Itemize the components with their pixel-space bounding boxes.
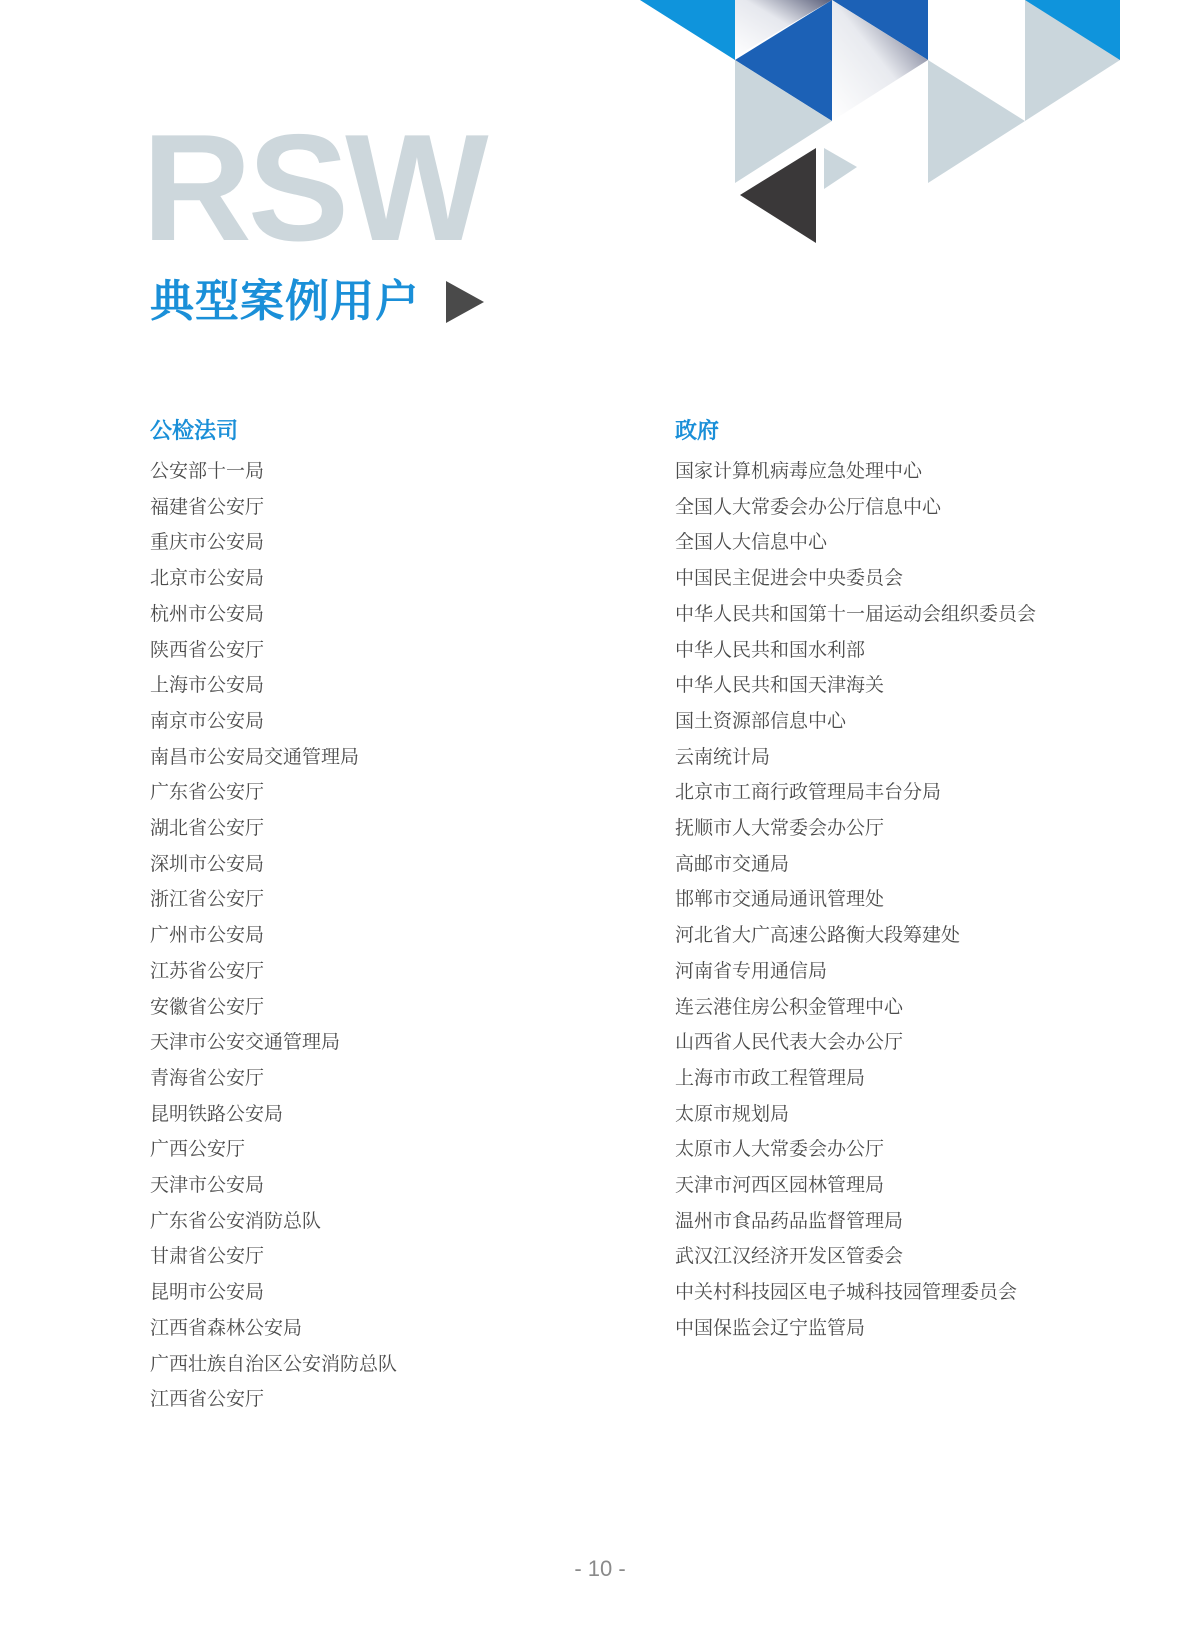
- list-item: 甘肃省公安厅: [150, 1239, 397, 1275]
- triangle-light-blue-left: [640, 0, 735, 60]
- triangle-small-gray: [824, 148, 857, 189]
- list-item: 连云港住房公积金管理中心: [675, 990, 1036, 1026]
- list-item: 天津市公安交通管理局: [150, 1025, 397, 1061]
- list-item: 天津市河西区园林管理局: [675, 1168, 1036, 1204]
- list-item: 北京市工商行政管理局丰台分局: [675, 775, 1036, 811]
- list-item: 江苏省公安厅: [150, 954, 397, 990]
- list-item: 杭州市公安局: [150, 597, 397, 633]
- list-item: 云南统计局: [675, 740, 1036, 776]
- watermark-logo: RSW: [142, 112, 485, 264]
- list-item: 南昌市公安局交通管理局: [150, 740, 397, 776]
- list-item: 中华人民共和国第十一届运动会组织委员会: [675, 597, 1036, 633]
- list-item: 昆明铁路公安局: [150, 1097, 397, 1133]
- list-item: 陕西省公安厅: [150, 633, 397, 669]
- list-item: 上海市公安局: [150, 668, 397, 704]
- list-item: 上海市市政工程管理局: [675, 1061, 1036, 1097]
- list-item: 广东省公安厅: [150, 775, 397, 811]
- play-arrow-icon: [446, 281, 484, 323]
- list-item: 抚顺市人大常委会办公厅: [675, 811, 1036, 847]
- list-item: 全国人大常委会办公厅信息中心: [675, 490, 1036, 526]
- list-item: 中国保监会辽宁监管局: [675, 1311, 1036, 1347]
- column-public-security: 公检法司 公安部十一局 福建省公安厅 重庆市公安局 北京市公安局 杭州市公安局 …: [150, 416, 397, 1418]
- list-item: 北京市公安局: [150, 561, 397, 597]
- list-item: 深圳市公安局: [150, 847, 397, 883]
- page-title-row: 典型案例用户: [150, 280, 484, 324]
- list-item: 江西省森林公安局: [150, 1311, 397, 1347]
- list-item: 广西公安厅: [150, 1132, 397, 1168]
- list-item: 中国民主促进会中央委员会: [675, 561, 1036, 597]
- list-item: 公安部十一局: [150, 454, 397, 490]
- list-item: 湖北省公安厅: [150, 811, 397, 847]
- list-item: 中华人民共和国天津海关: [675, 668, 1036, 704]
- column-heading: 政府: [675, 416, 1036, 448]
- list-item: 广州市公安局: [150, 918, 397, 954]
- list-item: 广西壮族自治区公安消防总队: [150, 1347, 397, 1383]
- list-item: 太原市人大常委会办公厅: [675, 1132, 1036, 1168]
- list-item: 温州市食品药品监督管理局: [675, 1204, 1036, 1240]
- list-item: 江西省公安厅: [150, 1382, 397, 1418]
- list-item: 福建省公安厅: [150, 490, 397, 526]
- column-heading: 公检法司: [150, 416, 397, 448]
- list-item: 浙江省公安厅: [150, 882, 397, 918]
- triangle-gray-mid: [928, 60, 1025, 183]
- list-item: 武汉江汉经济开发区管委会: [675, 1239, 1036, 1275]
- list-item: 中关村科技园区电子城科技园管理委员会: [675, 1275, 1036, 1311]
- list-item: 天津市公安局: [150, 1168, 397, 1204]
- list-item: 安徽省公安厅: [150, 990, 397, 1026]
- list-item: 邯郸市交通局通讯管理处: [675, 882, 1036, 918]
- client-list: 公安部十一局 福建省公安厅 重庆市公安局 北京市公安局 杭州市公安局 陕西省公安…: [150, 454, 397, 1418]
- list-item: 国家计算机病毒应急处理中心: [675, 454, 1036, 490]
- list-item: 山西省人民代表大会办公厅: [675, 1025, 1036, 1061]
- list-item: 南京市公安局: [150, 704, 397, 740]
- list-item: 河南省专用通信局: [675, 954, 1036, 990]
- list-item: 广东省公安消防总队: [150, 1204, 397, 1240]
- list-item: 全国人大信息中心: [675, 525, 1036, 561]
- column-government: 政府 国家计算机病毒应急处理中心 全国人大常委会办公厅信息中心 全国人大信息中心…: [675, 416, 1036, 1347]
- list-item: 重庆市公安局: [150, 525, 397, 561]
- list-item: 太原市规划局: [675, 1097, 1036, 1133]
- list-item: 青海省公安厅: [150, 1061, 397, 1097]
- list-item: 国土资源部信息中心: [675, 704, 1036, 740]
- page-title: 典型案例用户: [150, 280, 420, 324]
- client-list: 国家计算机病毒应急处理中心 全国人大常委会办公厅信息中心 全国人大信息中心 中国…: [675, 454, 1036, 1347]
- list-item: 中华人民共和国水利部: [675, 633, 1036, 669]
- page-number: - 10 -: [0, 1556, 1200, 1582]
- list-item: 昆明市公安局: [150, 1275, 397, 1311]
- list-item: 河北省大广高速公路衡大段筹建处: [675, 918, 1036, 954]
- list-item: 高邮市交通局: [675, 847, 1036, 883]
